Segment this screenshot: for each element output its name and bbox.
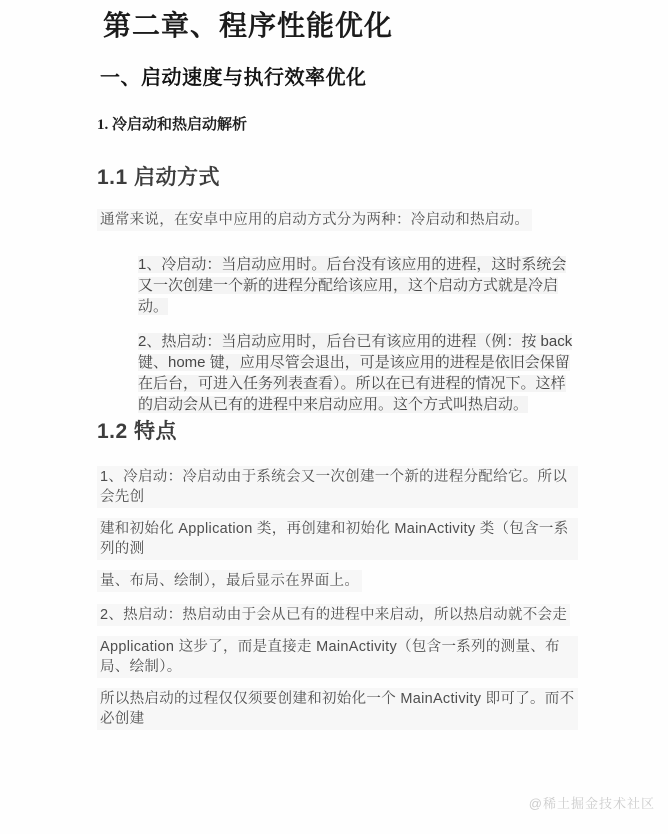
chapter-title: 第二章、程序性能优化 [103,10,578,44]
hot-start-definition-block: 2、热启动：当启动应用时，后台已有该应用的进程（例：按 back键、home 键… [138,330,578,414]
text-line: 通常来说，在安卓中应用的启动方式分为两种：冷启动和热启动。 [97,209,532,231]
text-line: 所以热启动的过程仅仅须要创建和初始化一个 MainActivity 即可了。而不… [97,688,578,730]
document-content: 第二章、程序性能优化 一、启动速度与执行效率优化 1. 冷启动和热启动解析 1.… [0,0,668,730]
text-line: 2、热启动：热启动由于会从已有的进程中来启动，所以热启动就不会走 [97,604,570,626]
text-line: 量、布局、绘制），最后显示在界面上。 [97,570,362,592]
text-line: Application 这步了，而是直接走 MainActivity（包含一系列… [97,636,578,678]
cold-start-feature-paragraph: 1、冷启动：冷启动由于系统会又一次创建一个新的进程分配给它。所以会先创建和初始化… [97,466,578,592]
text-line: 建和初始化 Application 类，再创建和初始化 MainActivity… [97,518,578,560]
text-line: 1、冷启动：当启动应用时。后台没有该应用的进程，这时系统会 [138,256,566,273]
text-line: 动。 [138,298,168,315]
text-line: 1、冷启动：冷启动由于系统会又一次创建一个新的进程分配给它。所以会先创 [97,466,578,508]
cold-start-definition-block: 1、冷启动：当启动应用时。后台没有该应用的进程，这时系统会又一次创建一个新的进程… [138,253,578,316]
text-line: 又一次创建一个新的进程分配给该应用，这个启动方式就是冷启 [138,277,558,294]
heading-1-2-features: 1.2 特点 [97,420,578,444]
text-line: 的启动会从已有的进程中来启动应用。这个方式叫热启动。 [138,396,528,413]
section-heading: 一、启动速度与执行效率优化 [100,66,578,90]
heading-1-1-startup-mode: 1.1 启动方式 [97,166,578,190]
sub-section-heading: 1. 冷启动和热启动解析 [97,116,578,134]
intro-paragraph: 通常来说，在安卓中应用的启动方式分为两种：冷启动和热启动。 [97,209,578,231]
document-page: 第二章、程序性能优化 一、启动速度与执行效率优化 1. 冷启动和热启动解析 1.… [0,0,668,834]
text-line: 在后台，可进入任务列表查看）。所以在已有进程的情况下。这样 [138,375,566,392]
juejin-community-watermark: @稀土掘金技术社区 [529,795,655,812]
hot-start-feature-paragraph: 2、热启动：热启动由于会从已有的进程中来启动，所以热启动就不会走Applicat… [97,604,578,730]
text-line: 2、热启动：当启动应用时，后台已有该应用的进程（例：按 back [138,333,572,350]
text-line: 键、home 键，应用尽管会退出，可是该应用的进程是依旧会保留 [138,354,570,371]
